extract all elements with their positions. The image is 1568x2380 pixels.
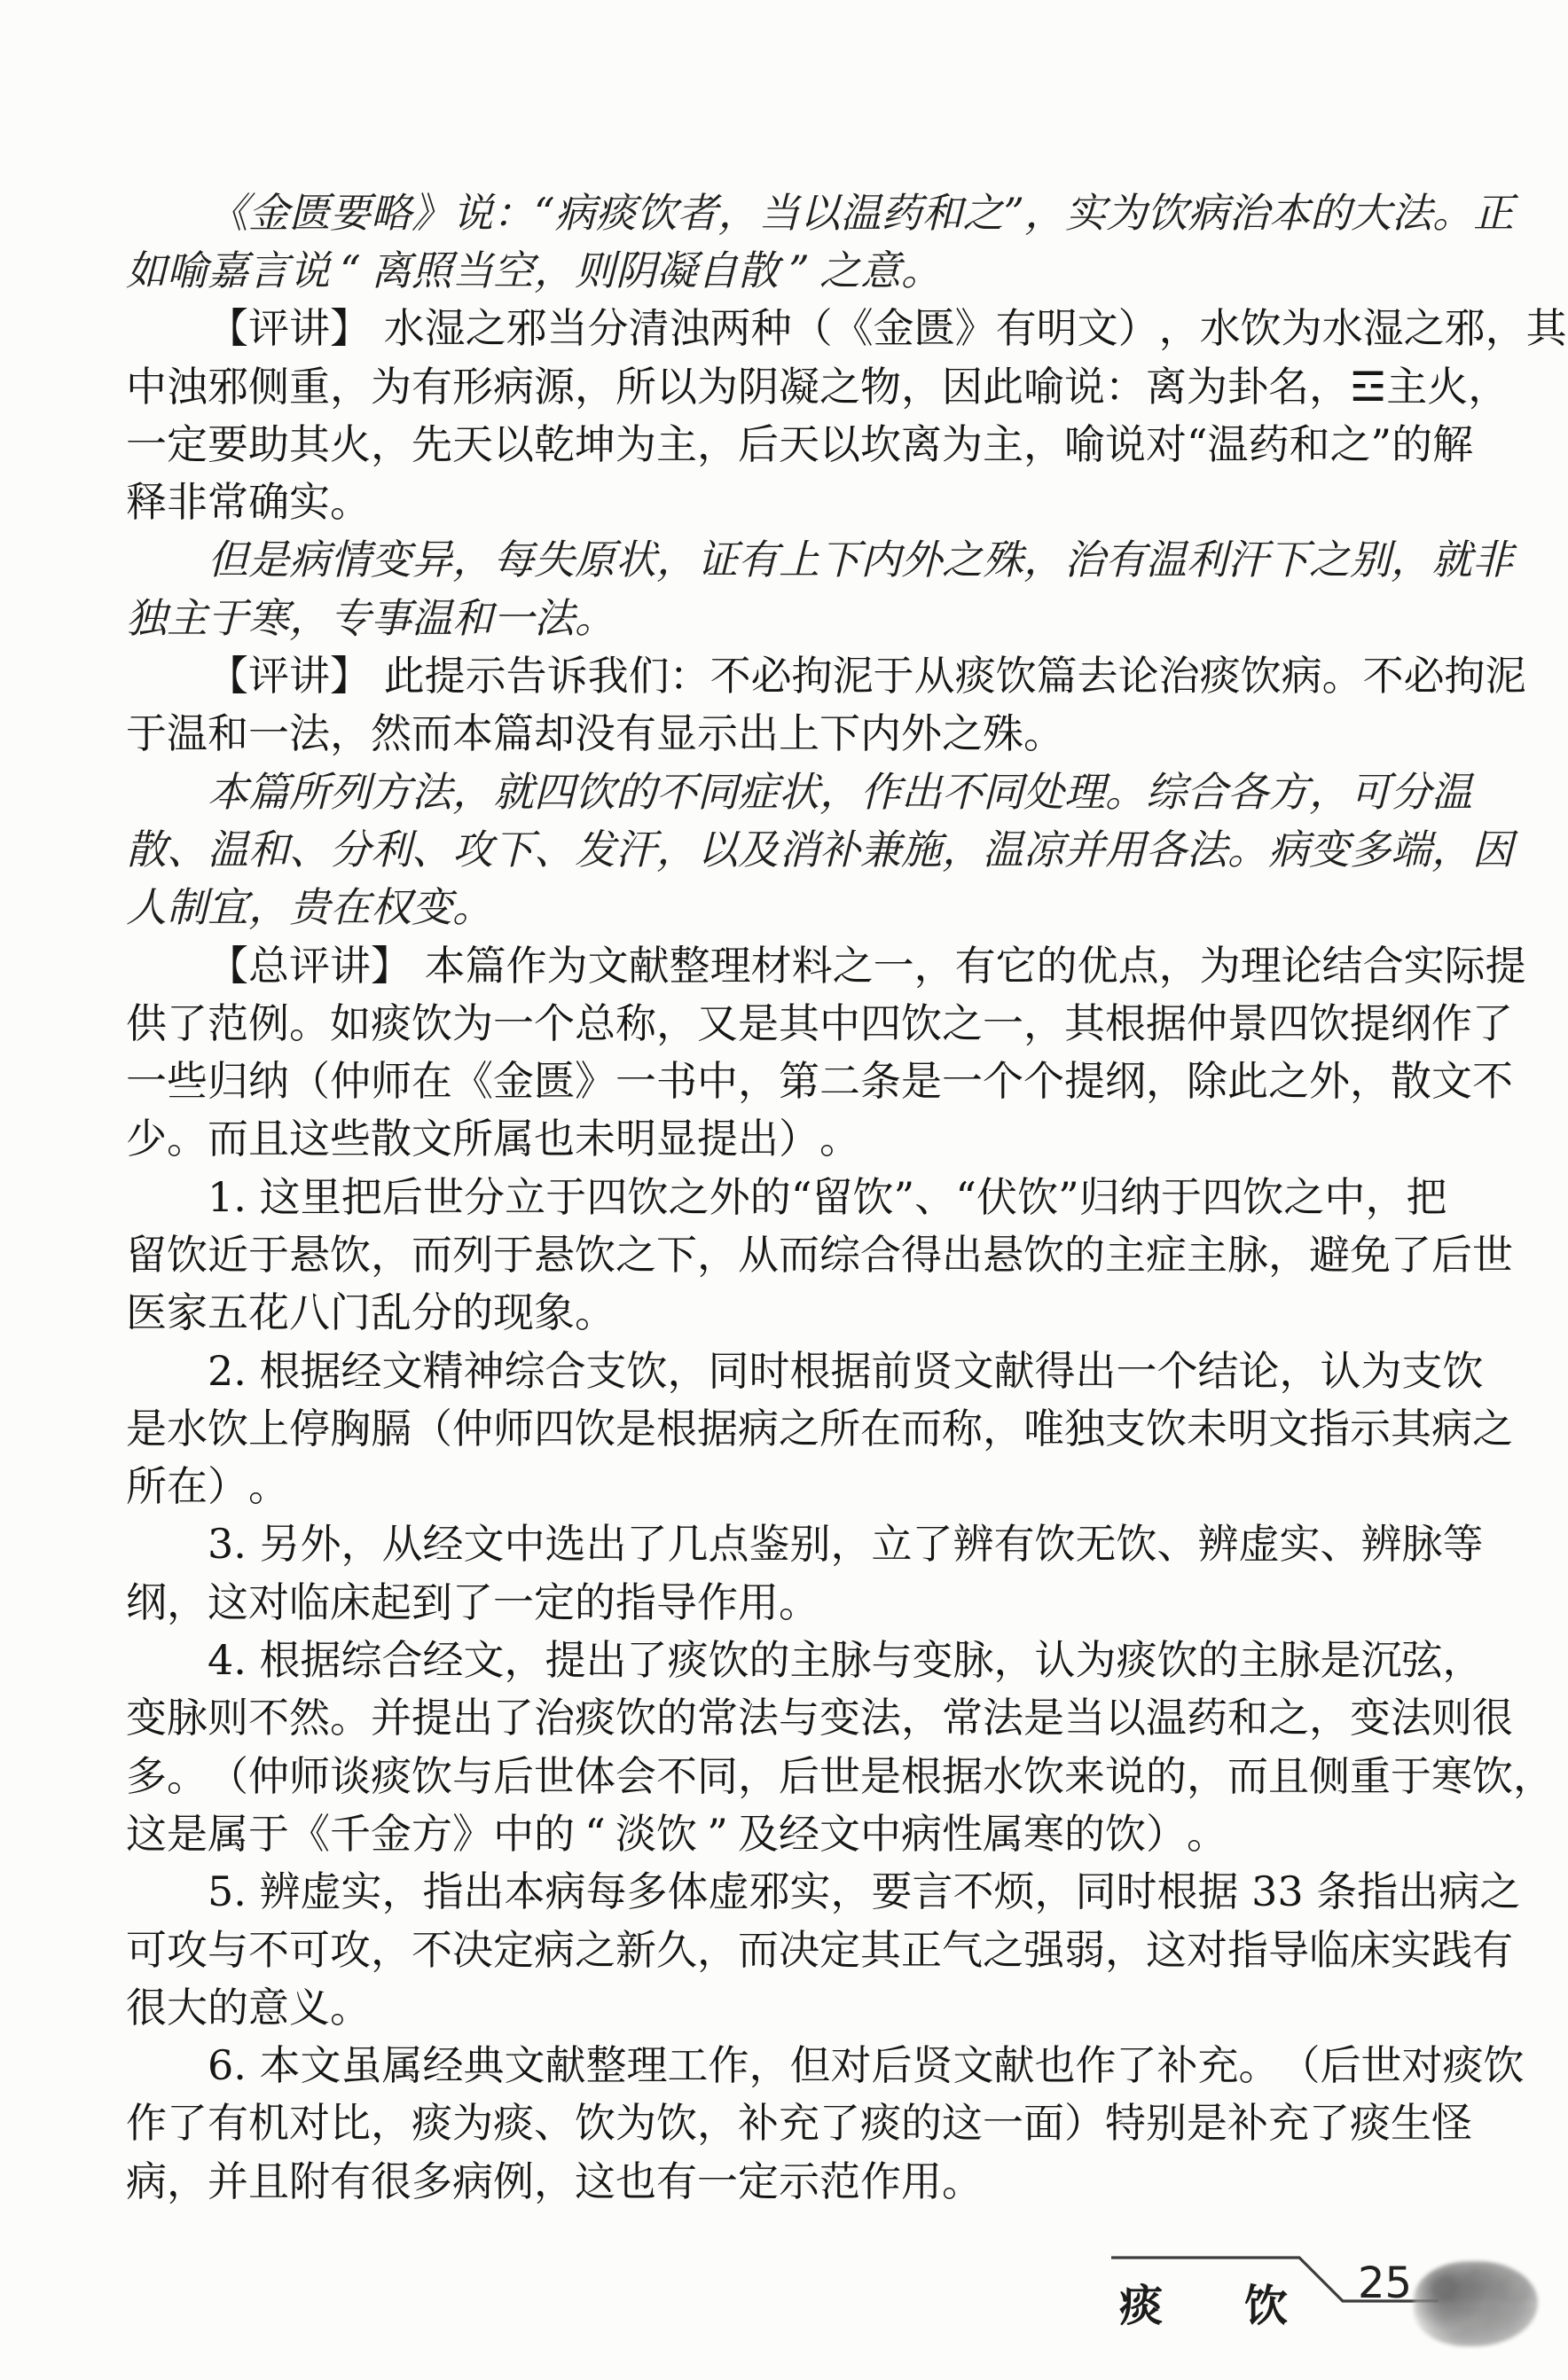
text-line: 如喻嘉言说“离照当空，则阴凝自散”之意。 — [126, 241, 1447, 299]
text-line: 可攻与不可攻，不决定病之新久，而决定其正气之强弱，这对指导临床实践有 — [126, 1921, 1447, 1978]
text-line: 于温和一法，然而本篇却没有显示出上下内外之殊。 — [126, 705, 1447, 763]
page-number: 25 — [1358, 2259, 1412, 2308]
library-stamp-icon — [1414, 2261, 1538, 2346]
text-line: 少。而且这些散文所属也未明显提出）。 — [126, 1110, 1447, 1168]
text-line: 人制宜，贵在权变。 — [126, 879, 1447, 936]
text-line: 4. 根据综合经文，提出了痰饮的主脉与变脉，认为痰饮的主脉是沉弦， — [126, 1631, 1447, 1688]
text-line: 1. 这里把后世分立于四饮之外的“留饮”、“伏饮”归纳于四饮之中，把 — [126, 1168, 1447, 1225]
text-line: 中浊邪侧重，为有形病源，所以为阴凝之物，因此喻说：离为卦名，☲主火， — [126, 357, 1447, 415]
scanned-book-page: 《金匮要略》说：“病痰饮者，当以温药和之”，实为饮病治本的大法。正如喻嘉言说“离… — [0, 0, 1568, 2380]
text-line: 作了有机对比，痰为痰、饮为饮，补充了痰的这一面）特别是补充了痰生怪 — [126, 2094, 1447, 2152]
footer-chapter-title: 痰饮 — [1119, 2272, 1369, 2334]
text-line: 3. 另外，从经文中选出了几点鉴别，立了辨有饮无饮、辨虚实、辨脉等 — [126, 1515, 1447, 1573]
text-block: 《金匮要略》说：“病痰饮者，当以温药和之”，实为饮病治本的大法。正如喻嘉言说“离… — [126, 184, 1447, 2210]
text-line: 散、温和、分利、攻下、发汗，以及消补兼施，温凉并用各法。病变多端，因 — [126, 820, 1447, 878]
text-line: 一些归纳（仲师在《金匮》一书中，第二条是一个个提纲，除此之外，散文不 — [126, 1052, 1447, 1109]
text-line: 供了范例。如痰饮为一个总称，又是其中四饮之一，其根据仲景四饮提纲作了 — [126, 994, 1447, 1052]
text-line: 一定要助其火，先天以乾坤为主，后天以坎离为主，喻说对“温药和之”的解 — [126, 415, 1447, 473]
text-line: 很大的意义。 — [126, 1978, 1447, 2036]
text-line: 6. 本文虽属经典文献整理工作，但对后贤文献也作了补充。（后世对痰饮 — [126, 2037, 1447, 2094]
text-line: 医家五花八门乱分的现象。 — [126, 1284, 1447, 1342]
text-line: 多。（仲师谈痰饮与后世体会不同，后世是根据水饮来说的，而且侧重于寒饮， — [126, 1747, 1447, 1805]
text-line: 5. 辨虚实，指出本病每多体虚邪实，要言不烦，同时根据 33 条指出病之 — [126, 1863, 1447, 1921]
text-line: 独主于寒，专事温和一法。 — [126, 589, 1447, 646]
text-line: 是水饮上停胸膈（仲师四饮是根据病之所在而称，唯独支饮未明文指示其病之 — [126, 1399, 1447, 1457]
text-line: 这是属于《千金方》中的“淡饮”及经文中病性属寒的饮）。 — [126, 1805, 1447, 1862]
text-line: 纲，这对临床起到了一定的指导作用。 — [126, 1573, 1447, 1631]
text-line: 本篇所列方法，就四饮的不同症状，作出不同处理。综合各方，可分温 — [126, 763, 1447, 820]
text-line: 但是病情变异，每失原状，证有上下内外之殊，治有温利汗下之别，就非 — [126, 531, 1447, 589]
text-line: 【总评讲】 本篇作为文献整理材料之一，有它的优点，为理论结合实际提 — [126, 936, 1447, 994]
text-line: 留饮近于悬饮，而列于悬饮之下，从而综合得出悬饮的主症主脉，避免了后世 — [126, 1225, 1447, 1283]
text-line: 病，并且附有很多病例，这也有一定示范作用。 — [126, 2152, 1447, 2210]
text-line: 变脉则不然。并提出了治痰饮的常法与变法，常法是当以温药和之，变法则很 — [126, 1689, 1447, 1747]
text-line: 所在）。 — [126, 1458, 1447, 1515]
text-line: 《金匮要略》说：“病痰饮者，当以温药和之”，实为饮病治本的大法。正 — [126, 184, 1447, 241]
text-line: 【评讲】 此提示告诉我们：不必拘泥于从痰饮篇去论治痰饮病。不必拘泥 — [126, 646, 1447, 704]
text-line: 释非常确实。 — [126, 473, 1447, 530]
text-line: 2. 根据经文精神综合支饮，同时根据前贤文献得出一个结论，认为支饮 — [126, 1342, 1447, 1399]
text-line: 【评讲】 水湿之邪当分清浊两种（《金匮》有明文），水饮为水湿之邪，其 — [126, 300, 1447, 357]
